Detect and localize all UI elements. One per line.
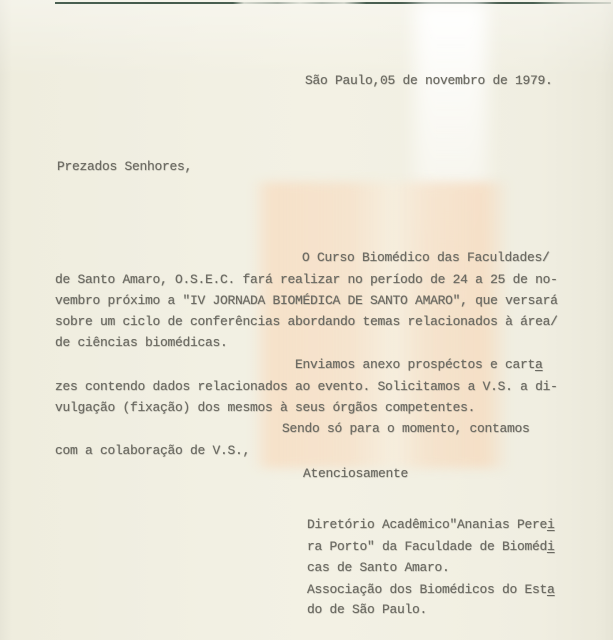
scanned-letter-page: São Paulo,05 de novembro de 1979. Prezad… <box>0 0 613 640</box>
body-line: vulgação (fixação) dos mesmos à seus órg… <box>55 400 475 415</box>
signature-line: ra Porto" da Faculdade de Biomédi <box>307 539 555 554</box>
body-line: com a colaboração de V.S., <box>55 443 250 458</box>
body-line: de Santo Amaro, O.S.E.C. fará realizar n… <box>55 272 558 287</box>
closing-line: Atenciosamente <box>303 466 408 481</box>
hyphenation-underline: i <box>547 517 555 532</box>
body-line: O Curso Biomédico das Faculdades/ <box>302 250 550 265</box>
body-line: zes contendo dados relacionados ao event… <box>55 379 558 394</box>
hyphenation-underline: i <box>547 539 555 554</box>
body-line: sobre um ciclo de conferências abordando… <box>55 314 558 329</box>
signature-line: do de São Paulo. <box>307 602 427 617</box>
hyphenation-underline: a <box>547 582 555 597</box>
hyphenation-underline: a <box>535 357 543 372</box>
body-line: vembro próximo a "IV JORNADA BIOMÉDICA D… <box>55 293 558 308</box>
salutation-line: Prezados Senhores, <box>57 159 192 174</box>
line-text: Diretório Acadêmico"Ananias Pere <box>307 517 547 532</box>
body-line: de ciências biomédicas. <box>55 335 228 350</box>
date-line: São Paulo,05 de novembro de 1979. <box>305 73 553 88</box>
signature-line: cas de Santo Amaro. <box>307 560 450 575</box>
line-text: Enviamos anexo prospéctos e cart <box>295 357 535 372</box>
line-text: Associação dos Biomédicos do Est <box>307 582 547 597</box>
body-line: Enviamos anexo prospéctos e carta <box>295 357 543 372</box>
scan-edge-line <box>55 2 611 4</box>
line-text: ra Porto" da Faculdade de Bioméd <box>307 539 547 554</box>
signature-line: Associação dos Biomédicos do Esta <box>307 582 555 597</box>
signature-line: Diretório Acadêmico"Ananias Perei <box>307 517 555 532</box>
body-line: Sendo só para o momento, contamos <box>282 421 530 436</box>
